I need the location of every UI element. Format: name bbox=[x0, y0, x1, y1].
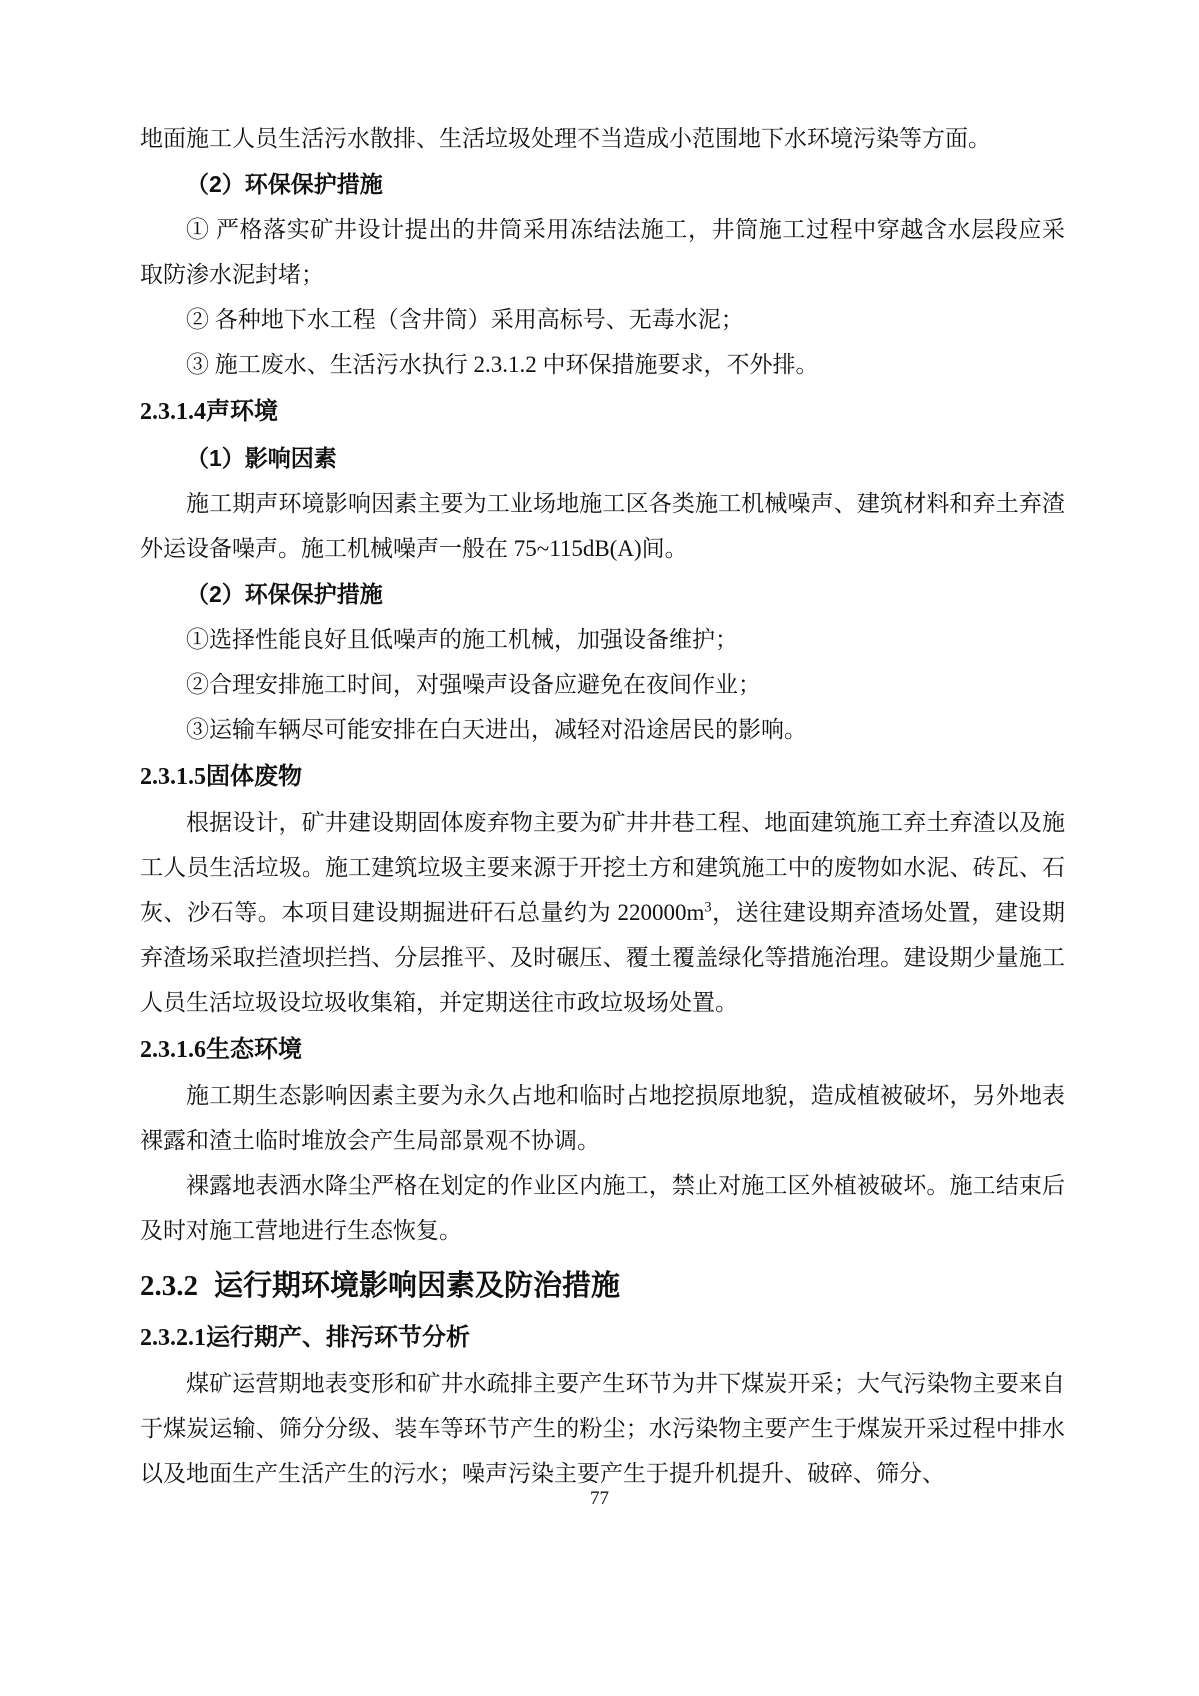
page-footer: 77 bbox=[0, 1488, 1199, 1510]
heading-title: 声环境 bbox=[206, 398, 278, 425]
paragraph-noise-impact-factors: 施工期声环境影响因素主要为工业场地施工区各类施工机械噪声、建筑材料和弃土弃渣外运… bbox=[140, 481, 1065, 571]
heading-number: 2.3.2.1 bbox=[140, 1325, 206, 1351]
list-item-noise-measure-3: ③运输车辆尽可能安排在白天进出，减轻对沿途居民的影响。 bbox=[140, 707, 1065, 752]
list-item-groundwater-measure-2: ② 各种地下水工程（含井筒）采用高标号、无毒水泥； bbox=[140, 297, 1065, 342]
subheading-groundwater-protection-measures: （2）环保保护措施 bbox=[140, 161, 1065, 207]
page-number: 77 bbox=[590, 1488, 609, 1509]
document-page: 地面施工人员生活污水散排、生活垃圾处理不当造成小范围地下水环境污染等方面。 （2… bbox=[0, 0, 1199, 1696]
list-item-groundwater-measure-1: ① 严格落实矿井设计提出的井筒采用冻结法施工，井筒施工过程中穿越含水层段应采取防… bbox=[140, 207, 1065, 297]
heading-2-3-1-6-ecological-environment: 2.3.1.6生态环境 bbox=[140, 1027, 1065, 1073]
paragraph-ecology-impact: 施工期生态影响因素主要为永久占地和临时占地挖损原地貌，造成植被破坏，另外地表裸露… bbox=[140, 1073, 1065, 1163]
list-item-noise-measure-2: ②合理安排施工时间，对强噪声设备应避免在夜间作业； bbox=[140, 662, 1065, 707]
subheading-noise-protection-measures: （2）环保保护措施 bbox=[140, 571, 1065, 617]
paragraph-groundwater-impact-continued: 地面施工人员生活污水散排、生活垃圾处理不当造成小范围地下水环境污染等方面。 bbox=[140, 116, 1065, 161]
heading-2-3-1-4-noise-environment: 2.3.1.4声环境 bbox=[140, 389, 1065, 435]
paragraph-solid-waste: 根据设计，矿井建设期固体废弃物主要为矿井井巷工程、地面建筑施工弃土弃渣以及施工人… bbox=[140, 800, 1065, 1025]
heading-title: 运行期环境影响因素及防治措施 bbox=[214, 1270, 620, 1302]
list-item-noise-measure-1: ①选择性能良好且低噪声的施工机械，加强设备维护； bbox=[140, 617, 1065, 662]
cubic-meter-superscript: 3 bbox=[704, 899, 711, 915]
heading-number: 2.3.1.5 bbox=[140, 764, 206, 790]
paragraph-operation-pollution-links: 煤矿运营期地表变形和矿井水疏排主要产生环节为井下煤炭开采；大气污染物主要来自于煤… bbox=[140, 1361, 1065, 1496]
heading-2-3-2-1-pollution-link-analysis: 2.3.2.1运行期产、排污环节分析 bbox=[140, 1315, 1065, 1361]
heading-title: 生态环境 bbox=[206, 1036, 302, 1063]
heading-title: 运行期产、排污环节分析 bbox=[206, 1324, 470, 1351]
heading-2-3-2-operation-period: 2.3.2运行期环境影响因素及防治措施 bbox=[140, 1259, 1065, 1313]
heading-2-3-1-5-solid-waste: 2.3.1.5固体废物 bbox=[140, 754, 1065, 800]
heading-number: 2.3.1.6 bbox=[140, 1037, 206, 1063]
heading-title: 固体废物 bbox=[206, 763, 302, 790]
heading-number: 2.3.1.4 bbox=[140, 399, 206, 425]
heading-number: 2.3.2 bbox=[140, 1270, 198, 1302]
paragraph-ecology-measures: 裸露地表洒水降尘严格在划定的作业区内施工，禁止对施工区外植被破坏。施工结束后及时… bbox=[140, 1163, 1065, 1253]
list-item-groundwater-measure-3: ③ 施工废水、生活污水执行 2.3.1.2 中环保措施要求，不外排。 bbox=[140, 342, 1065, 387]
subheading-noise-impact-factors: （1）影响因素 bbox=[140, 435, 1065, 481]
